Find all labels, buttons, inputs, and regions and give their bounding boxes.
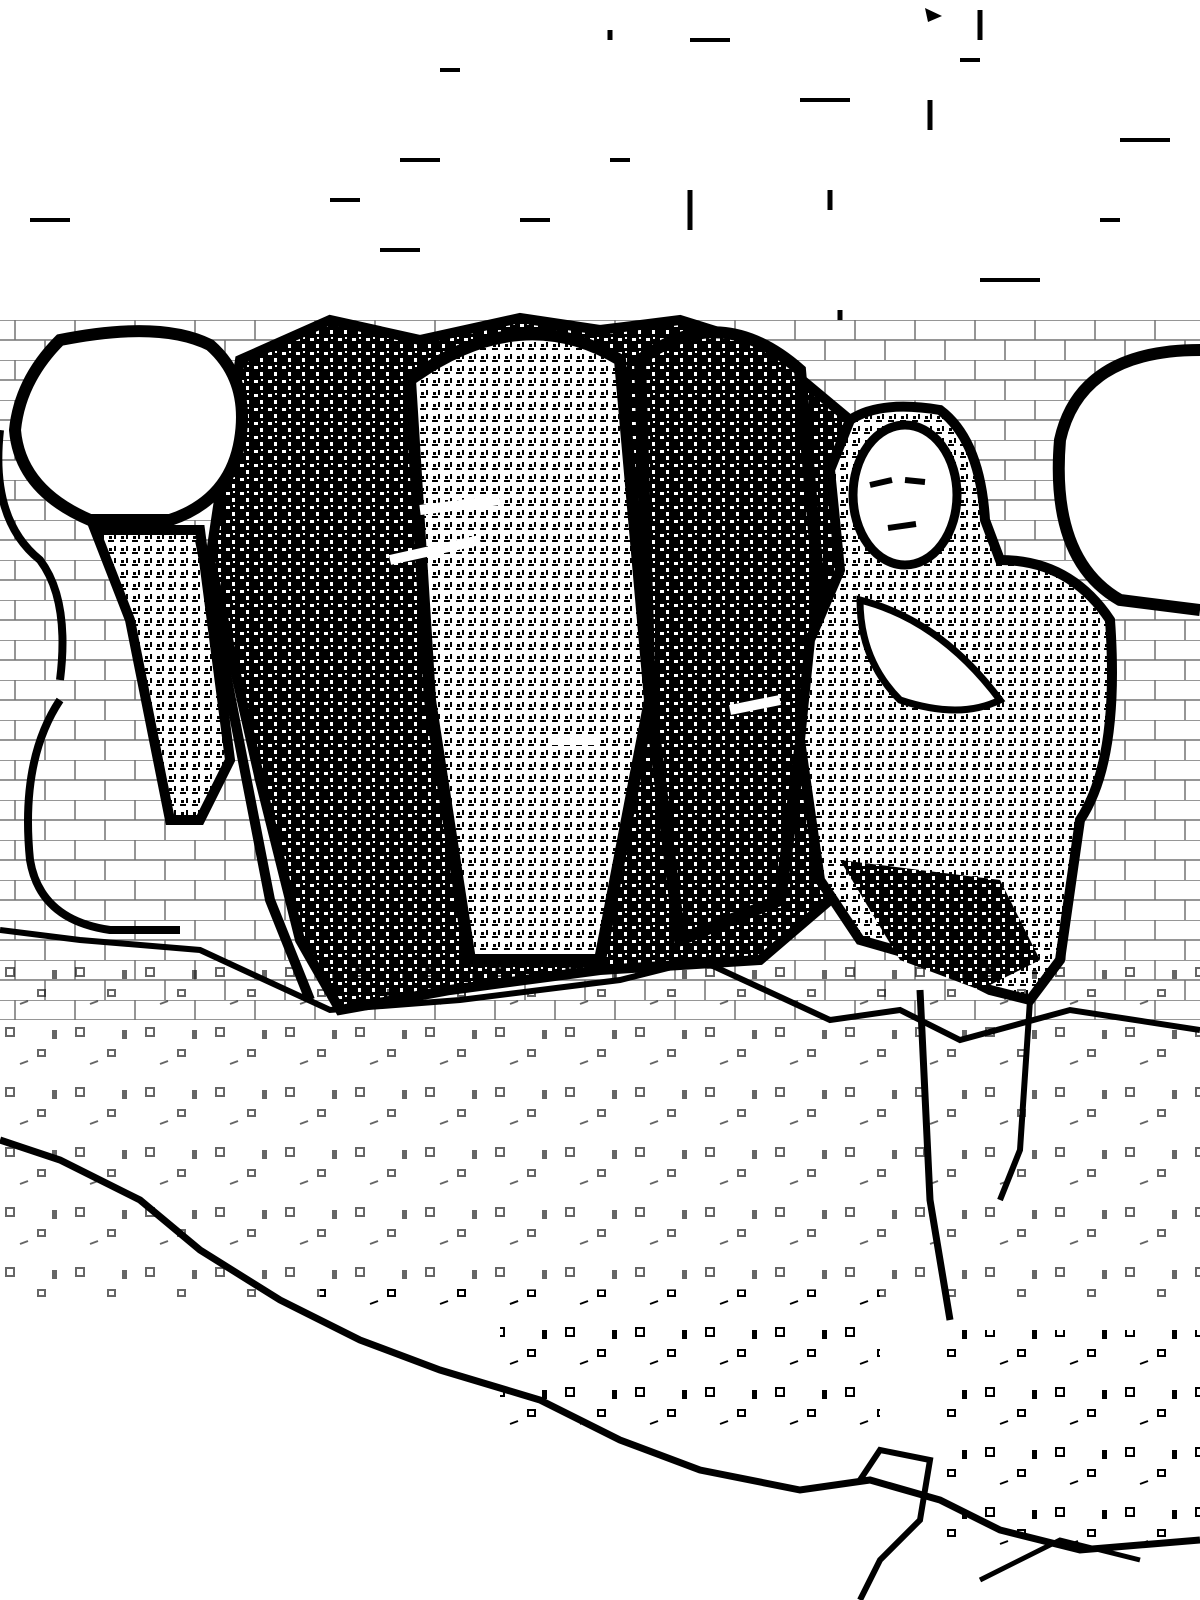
cracked-plaster bbox=[0, 930, 1200, 1600]
mural-drawing bbox=[0, 0, 1200, 1600]
mural-photo: High-contrast black-and-white binarized … bbox=[0, 0, 1200, 1600]
right-bubble-letter bbox=[1059, 350, 1200, 610]
upper-wall bbox=[0, 0, 1200, 330]
